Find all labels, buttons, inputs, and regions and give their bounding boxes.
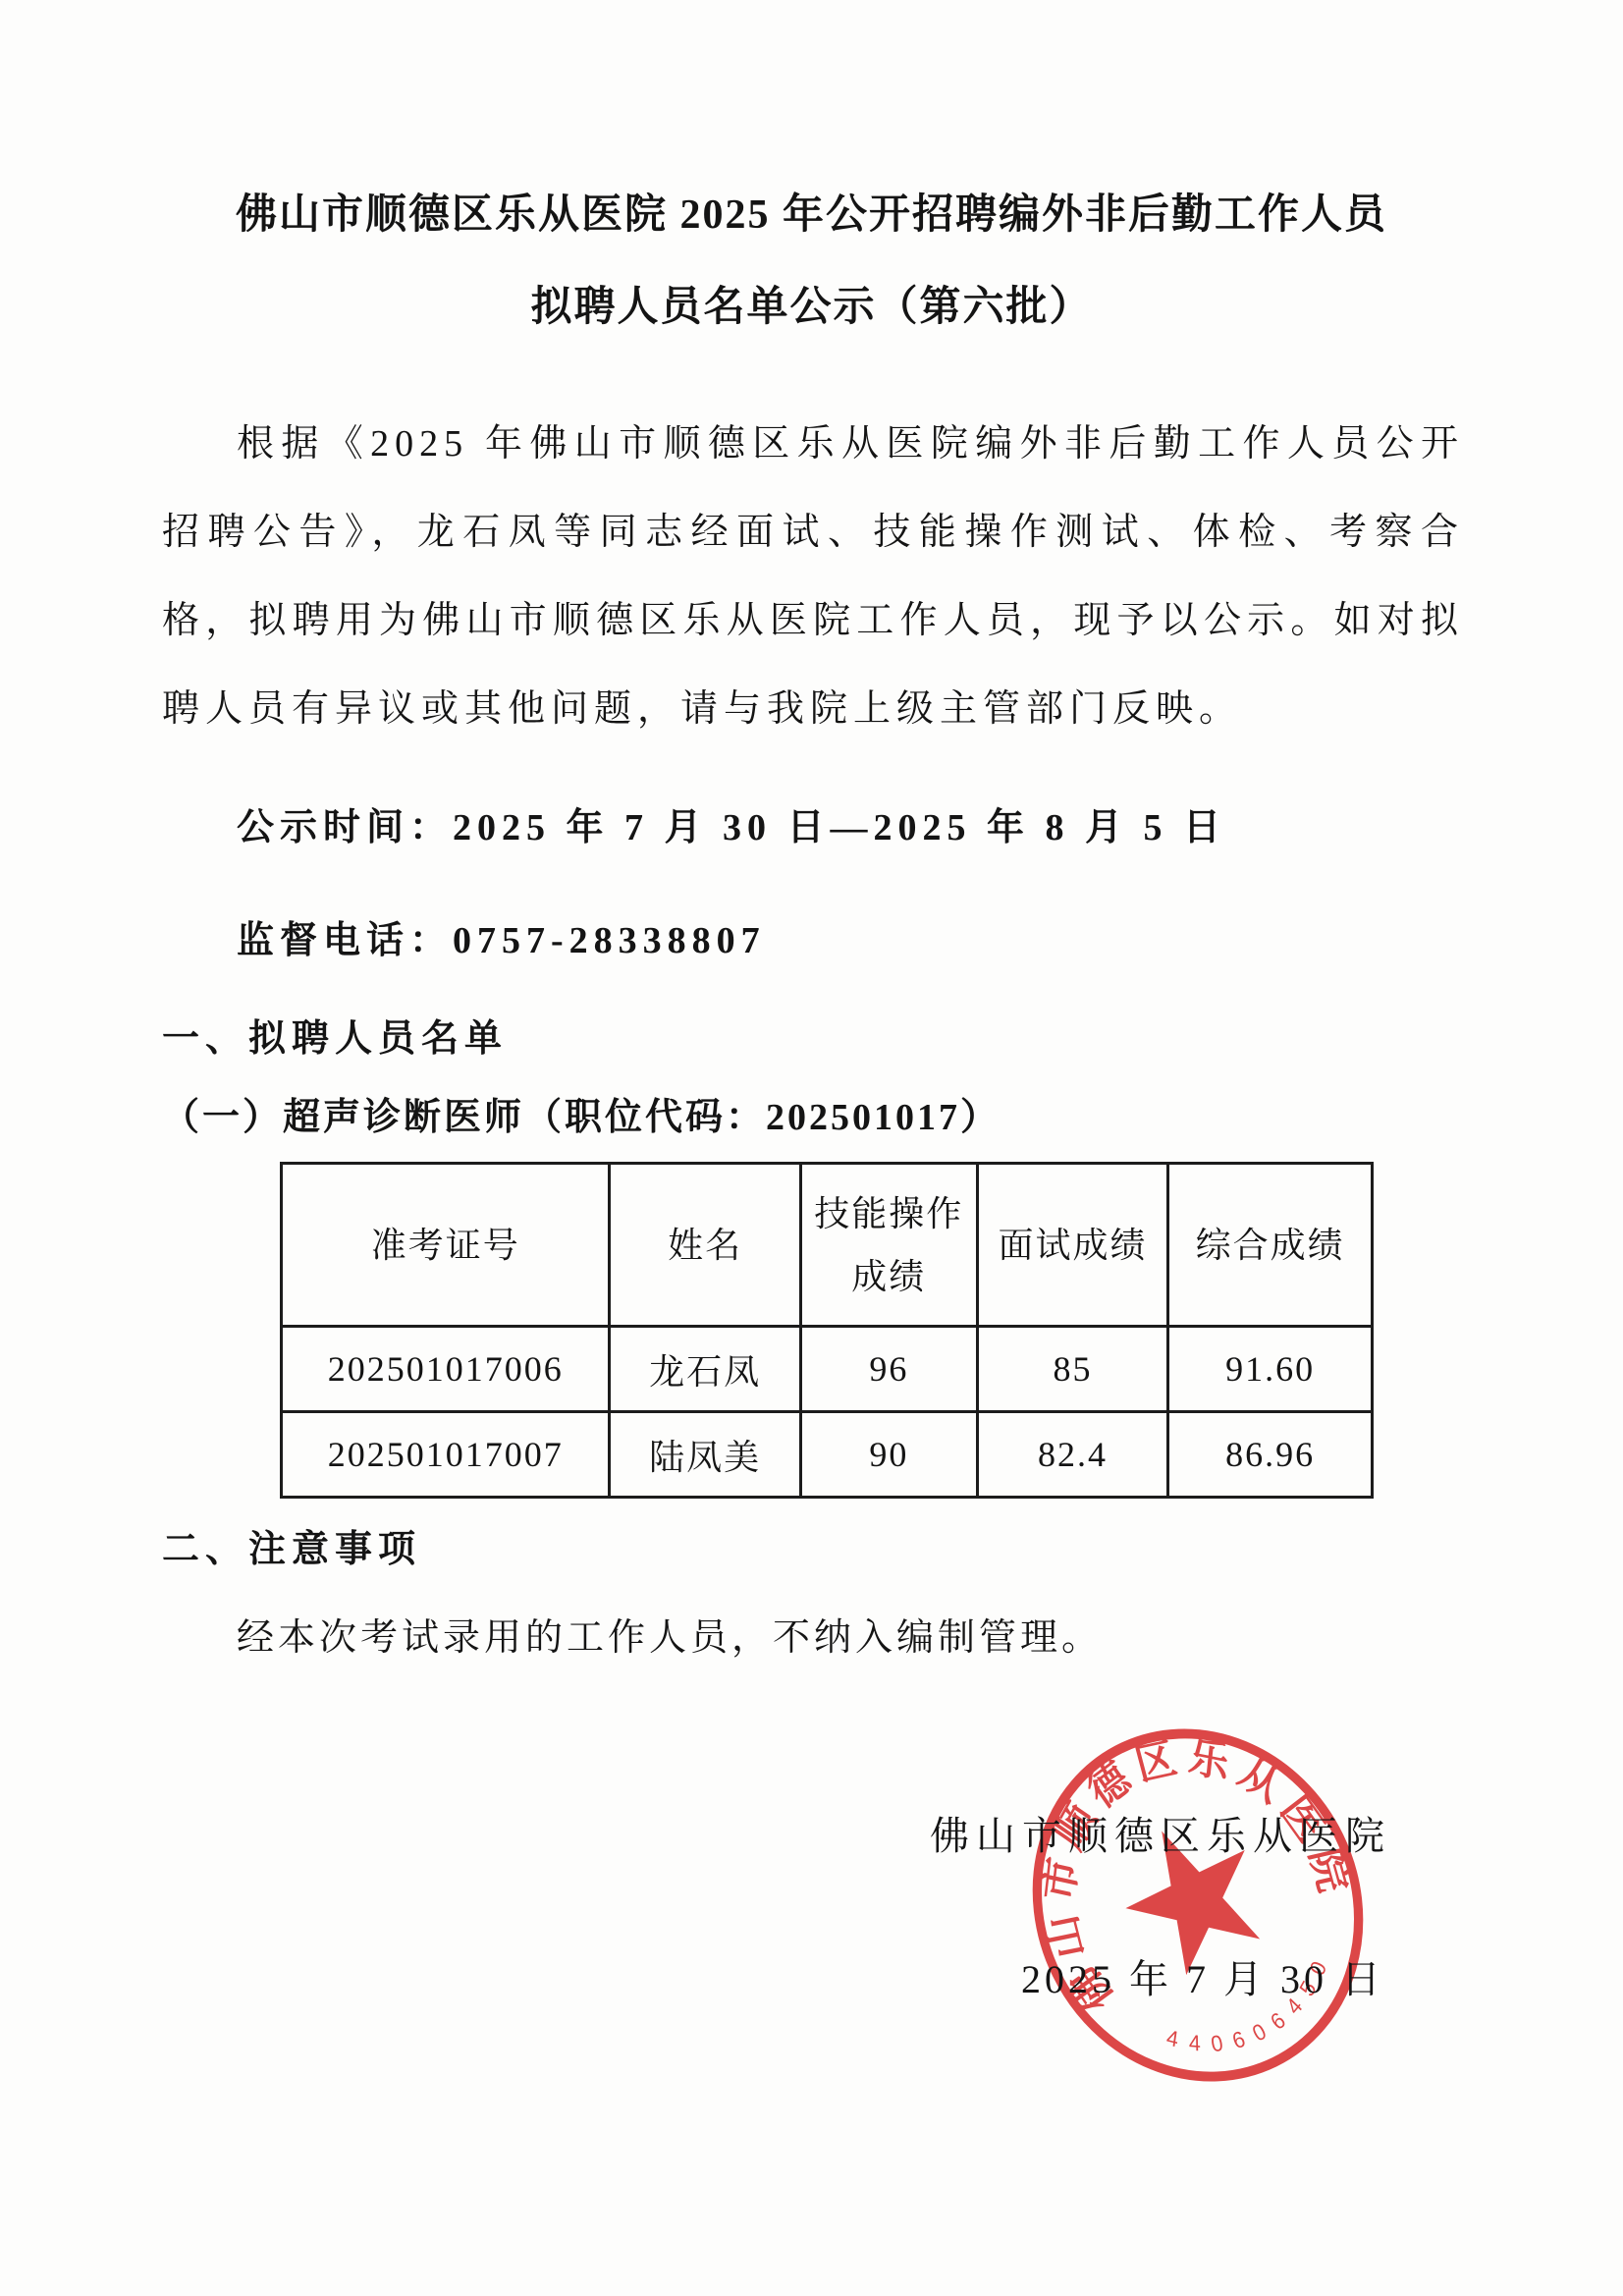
page-title: 佛山市顺德区乐从医院 2025 年公开招聘编外非后勤工作人员拟聘人员名单公示（第… <box>0 169 1623 354</box>
official-seal: 佛山市顺德区乐从医院 440606450021 <box>963 1662 1434 2150</box>
col-header-exam-id: 准考证号 <box>282 1164 610 1327</box>
table-row: 202501017007 陆凤美 90 82.4 86.96 <box>282 1412 1373 1498</box>
table-row: 202501017006 龙石凤 96 85 91.60 <box>282 1327 1373 1412</box>
cell-name: 龙石凤 <box>610 1327 800 1412</box>
section1-heading: 一、拟聘人员名单 <box>162 995 1464 1083</box>
cell-name: 陆凤美 <box>610 1412 800 1498</box>
section2-heading: 二、注意事项 <box>162 1505 1464 1594</box>
cell-exam-id: 202501017007 <box>282 1412 610 1498</box>
publicity-period: 公示时间：2025 年 7 月 30 日—2025 年 8 月 5 日 <box>162 784 1464 872</box>
table-header-row: 准考证号 姓名 技能操作成绩 面试成绩 综合成绩 <box>282 1164 1373 1327</box>
cell-overall-score: 91.60 <box>1168 1327 1373 1412</box>
cell-exam-id: 202501017006 <box>282 1327 610 1412</box>
cell-skill-score: 96 <box>800 1327 977 1412</box>
cell-skill-score: 90 <box>800 1412 977 1498</box>
cell-overall-score: 86.96 <box>1168 1412 1373 1498</box>
signature-date: 2025 年 7 月 30 日 <box>1021 1948 1384 2004</box>
signature-organization: 佛山市顺德区乐从医院 <box>930 1805 1391 1861</box>
col-header-overall-score: 综合成绩 <box>1168 1164 1373 1327</box>
body-paragraph: 根据《2025 年佛山市顺德区乐从医院编外非后勤工作人员公开招聘公告》，龙石凤等… <box>162 400 1464 753</box>
document-page: 佛山市顺德区乐从医院 2025 年公开招聘编外非后勤工作人员拟聘人员名单公示（第… <box>0 0 1623 2296</box>
section1-subheading: （一）超声诊断医师（职位代码：202501017） <box>162 1073 1464 1162</box>
col-header-interview-score: 面试成绩 <box>977 1164 1167 1327</box>
col-header-name: 姓名 <box>610 1164 800 1327</box>
supervision-phone: 监督电话：0757-28338807 <box>162 897 1464 985</box>
cell-interview-score: 82.4 <box>977 1412 1167 1498</box>
col-header-skill-score: 技能操作成绩 <box>800 1164 977 1327</box>
score-table: 准考证号 姓名 技能操作成绩 面试成绩 综合成绩 202501017006 龙石… <box>280 1162 1374 1499</box>
page-title-text: 佛山市顺德区乐从医院 2025 年公开招聘编外非后勤工作人员拟聘人员名单公示（第… <box>235 169 1388 354</box>
cell-interview-score: 85 <box>977 1327 1167 1412</box>
